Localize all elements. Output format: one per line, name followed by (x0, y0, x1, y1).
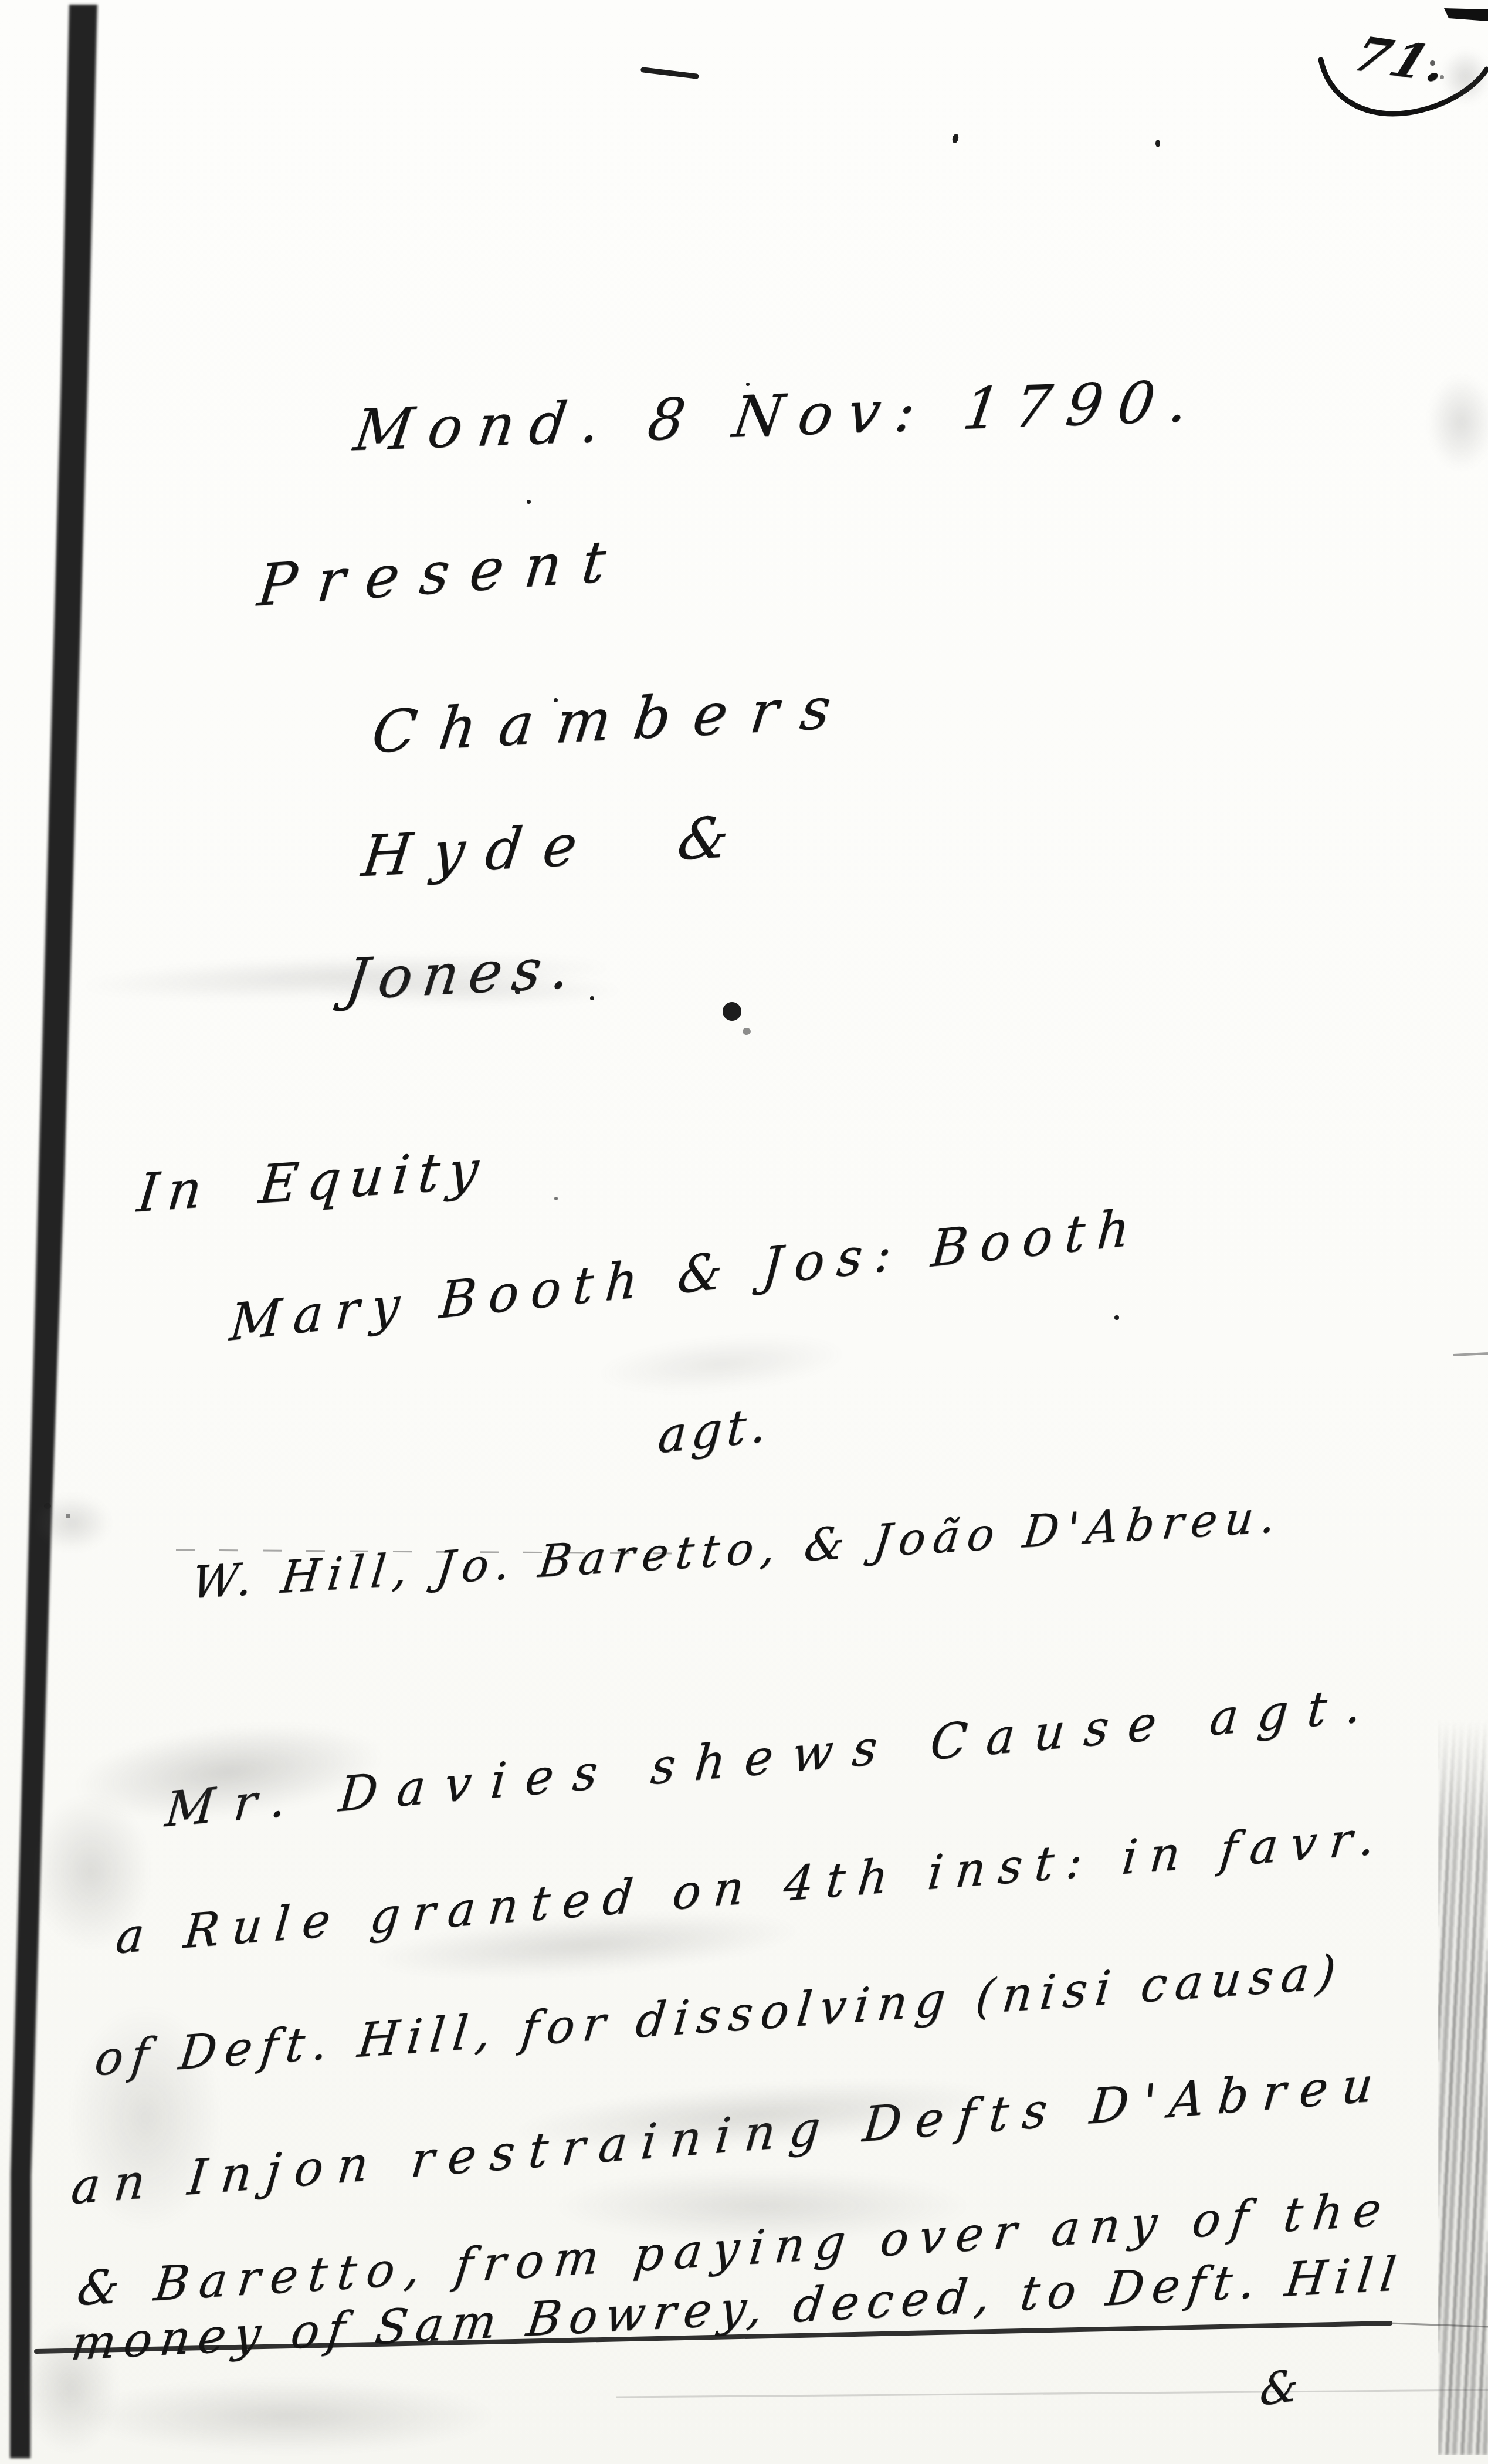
ink-speck (554, 1197, 558, 1200)
versus-abbrev: agt. (656, 1400, 772, 1461)
faint-scan-line-bottom (616, 2390, 1488, 2397)
scan-corner-wedge (1444, 8, 1488, 21)
bleedthrough-smudge (69, 2006, 222, 2229)
bleedthrough-smudge (32, 1795, 150, 1948)
ink-speck (1430, 60, 1435, 66)
bleedthrough-smudge (557, 2171, 968, 2241)
manuscript-page: 71. Mond. 8 Nov: 1790. Present Chambers … (0, 0, 1488, 2464)
ink-speck (527, 500, 531, 504)
ink-blot-satellite (743, 1028, 751, 1035)
bleedthrough-smudge (34, 1495, 110, 1551)
bleedthrough-smudge (317, 975, 622, 1006)
right-edge-dash (1453, 1353, 1488, 1355)
ink-blot (723, 1002, 741, 1021)
ink-speck (1155, 140, 1160, 147)
bleedthrough-smudge (1442, 50, 1488, 104)
bottom-mottle (23, 2323, 117, 2452)
bleedthrough-smudge (1429, 375, 1488, 469)
ink-speck (554, 698, 558, 702)
ink-speck (746, 383, 750, 386)
catchword: & (1259, 2363, 1299, 2412)
ink-speck (1114, 1315, 1119, 1320)
page-edge-streaks (1438, 1719, 1488, 2455)
bottom-mottle (82, 2380, 493, 2453)
